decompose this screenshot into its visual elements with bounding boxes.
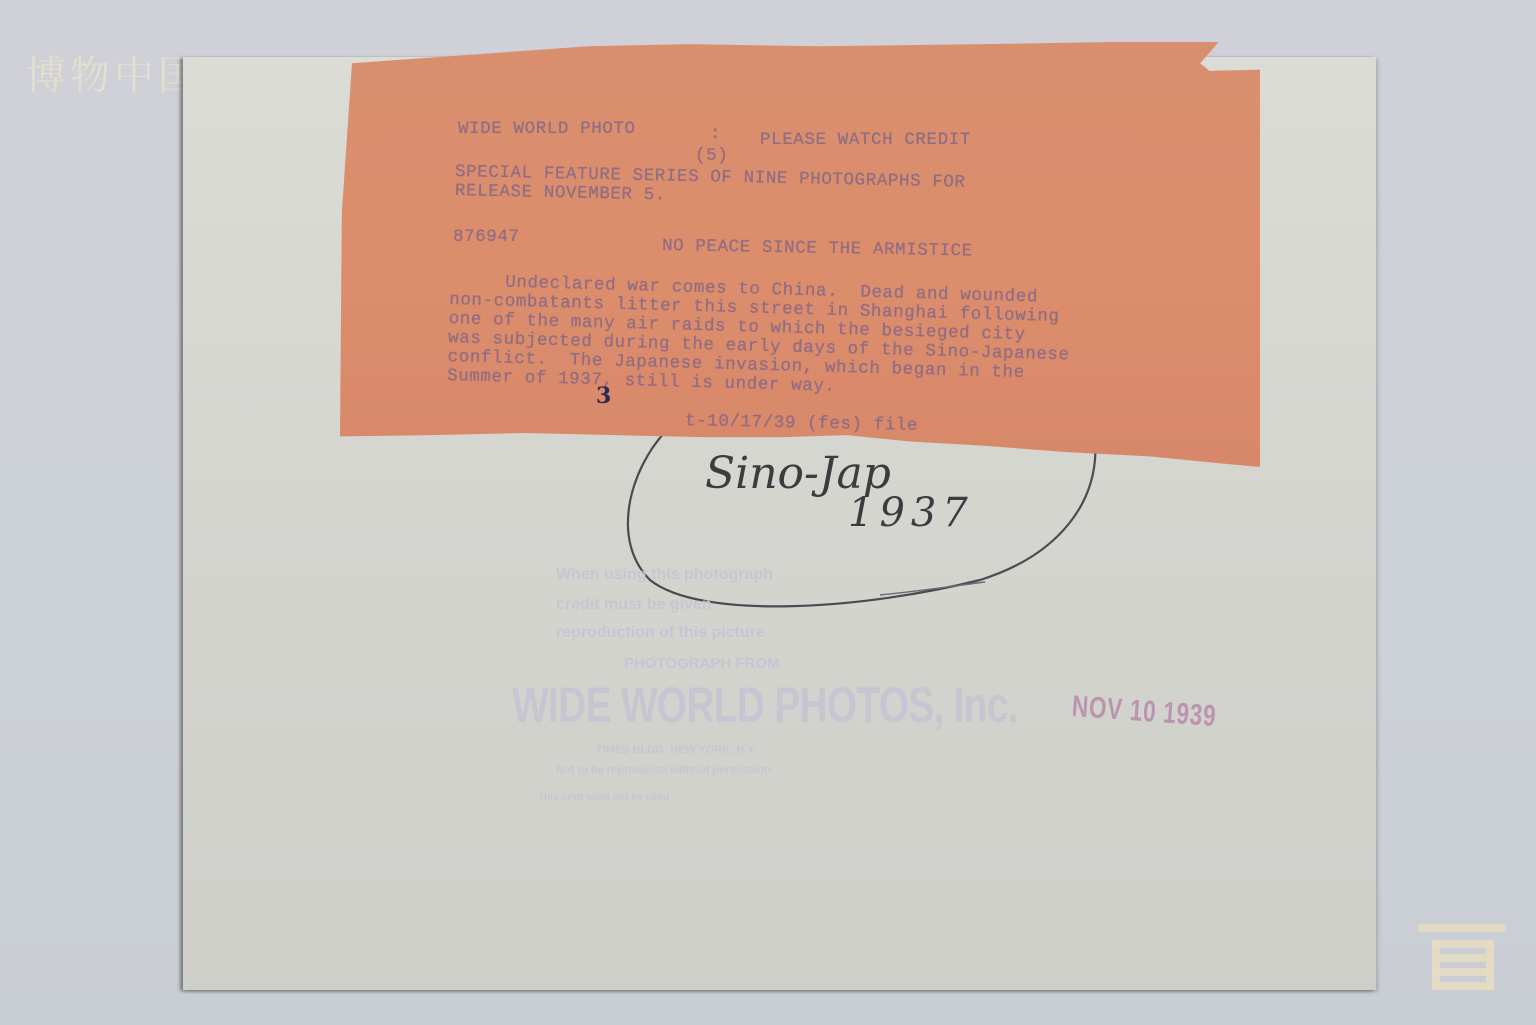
museum-logo-icon (1418, 914, 1508, 998)
stamp-line: This print must not be used (538, 792, 669, 803)
series-number: (5) (695, 147, 728, 166)
credit-line-left: WIDE WORLD PHOTO (458, 120, 636, 139)
caption-body: Undeclared war comes to China. Dead and … (447, 272, 1072, 403)
credit-line-sep: : (710, 125, 721, 144)
stamp-line: Not to be reproduced without permission (556, 764, 771, 776)
stamp-line: TIMES BLDG. NEW YORK, N.Y. (596, 744, 757, 756)
stamp-line: PHOTOGRAPH FROM (624, 655, 780, 672)
stamp-line: credit must be given (556, 596, 712, 614)
stamp-logo-text: WIDE WORLD PHOTOS, Inc. (512, 676, 1018, 734)
negative-number: 876947 (453, 228, 520, 247)
stamp-line: When using this photograph (556, 566, 773, 584)
credit-line-right: PLEASE WATCH CREDIT (760, 131, 971, 150)
stamp-line: reproduction of this picture (556, 624, 765, 642)
handwritten-correction: 3 (596, 383, 611, 409)
handwritten-note-year: 1937 (848, 490, 974, 536)
